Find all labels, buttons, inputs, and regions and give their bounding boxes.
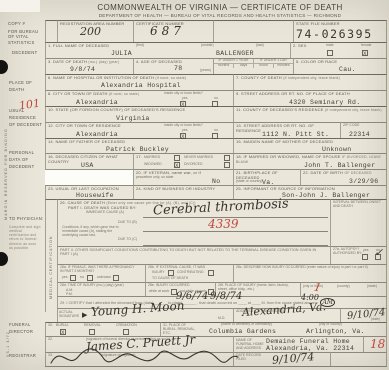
section-to-physician: TO PHYSICIAN:: [9, 216, 44, 221]
binder-hole-bottom: [0, 252, 8, 266]
county-of-death-label: 7. COUNTY OF DEATH: [236, 75, 282, 80]
marital-number: 17.: [136, 155, 142, 160]
injury-occurred-label: 28e. INJURY OCCURRED: [148, 284, 213, 288]
autopsy-yes-checkbox: [362, 254, 368, 260]
city-of-death-field: 8. CITY OR TOWN OF DEATH (if rural, so s…: [45, 90, 233, 106]
section-residence-1: USUAL: [9, 108, 24, 113]
how-injury-field: 28c. DESCRIBE HOW INJURY OCCURRED (enter…: [233, 264, 387, 282]
date-of-death-label: 3. DATE OF DEATH: [48, 59, 87, 64]
informant-field: 25. INFORMANT OR SOURCE OF INFORMATION S…: [233, 185, 387, 199]
due-to-c-label: DUE TO (C): [118, 238, 137, 242]
due-to-b-label: DUE TO (B): [118, 221, 137, 225]
injury-label: INJURY: [152, 271, 165, 275]
father-value: Patrick Buckley: [106, 146, 169, 153]
widowed-checkbox: X: [174, 162, 180, 168]
filebox-spacer: [45, 20, 57, 42]
physician-signature-field: ACTUAL SIGNATURE ▶ Young H. Moon M.D.: [57, 308, 233, 322]
county-residence-label: 11. COUNTY OF DECEASED'S RESIDENCE: [236, 107, 324, 112]
time-of-injury-label: 28d. TIME OF INJURY: [60, 283, 95, 287]
actual-signature-label: ACTUAL SIGNATURE: [59, 311, 83, 319]
registration-area-box: REGISTRATION AREA NUMBER 200: [57, 20, 133, 42]
funeral-home-field: NAME OF FUNERAL HOME AND ADDRESS Demaine…: [233, 336, 363, 352]
street-of-death-value: 4320 Seminary Rd.: [289, 99, 360, 106]
citizen-field: 16. DECEASED CITIZEN OF WHAT COUNTRY USA: [45, 153, 133, 169]
female-checkbox: X: [362, 50, 368, 56]
cause-a-handwritten: Cerebral thrombosis: [153, 196, 289, 218]
married-label: MARRIED: [144, 156, 160, 160]
disposition-field: 30. BURIAL X REMOVAL CREMATION: [45, 322, 160, 336]
first-name-value: JULIA: [111, 50, 132, 57]
pregnancy-unknown-checkbox: [113, 275, 119, 281]
binder-hole-top: [0, 60, 8, 74]
marital-status-field: 17. MARRIED NEVER MARRIED WIDOWED X DIVO…: [133, 153, 233, 169]
section-residence-2: RESIDENCE: [9, 115, 36, 120]
informant-label: 25. INFORMANT OR SOURCE OF INFORMATION: [236, 187, 384, 192]
form-bottom-line: [45, 366, 387, 367]
burial-city-sublabel: (city or county): [319, 323, 342, 327]
time-of-injury-field: 28d. TIME OF INJURY (mo.) (day) (year) A…: [57, 282, 145, 296]
male-sublabel: male: [326, 44, 334, 48]
conditions-note: Conditions, if any, which gave rise to i…: [62, 226, 120, 238]
cause-code-red: 4339: [208, 217, 239, 231]
citizen-value: USA: [81, 162, 94, 169]
female-sublabel: female: [361, 44, 372, 48]
physician-date-field: (date) 9/10/74: [340, 308, 387, 322]
city-residence-value: Alexandria: [76, 131, 118, 138]
veteran-field: 20. IF VETERAN, name war, or if peacetim…: [133, 169, 233, 185]
md-label: M.D.: [218, 317, 225, 321]
burial-label: BURIAL: [56, 324, 69, 328]
dob-sublabel: OF DECEASED: [344, 171, 371, 175]
cemetery-sublabel: (name of cemetery or crematory): [221, 323, 272, 327]
pregnancy-yes-label: yes: [62, 276, 67, 280]
bottom-blank-cell: [330, 352, 387, 366]
business-label: 24. KIND OF BUSINESS OR INDUSTRY: [136, 187, 231, 192]
registrar-signature-field: 33. (signature of registrar): [45, 352, 233, 366]
occupation-label: 23. USUAL OR LAST OCCUPATION: [48, 187, 131, 192]
filebox-blank: [213, 20, 293, 42]
dob-field: 22. DATE OF BIRTH OF DECEASED 3/29/96: [300, 169, 387, 185]
cause-of-death-field: 26. CAUSE OF DEATH (Enter only one cause…: [57, 199, 330, 246]
section-funeral-2: DIRECTOR: [9, 329, 33, 334]
to-cause-label: TO CAUSE OF DEATH: [152, 277, 188, 281]
hospital-field: 6. NAME OF HOSPITAL OR INSTITUTION OF DE…: [45, 74, 233, 90]
burial-city-value: Arlington, Va.: [306, 328, 365, 335]
age-value: 78: [174, 65, 182, 72]
certificate-subtitle: DEPARTMENT OF HEALTH — BUREAU OF VITAL R…: [60, 13, 380, 18]
business-field: 24. KIND OF BUSINESS OR INDUSTRY: [133, 185, 233, 199]
spouse-value: John T. Ballenger: [304, 162, 375, 169]
how-injury-sublabel: (enter nature of injury in part I or par…: [307, 265, 368, 269]
pregnancy-field: 28a. IF FEMALE, WAS THERE A PREGNANCY IN…: [57, 264, 145, 282]
street-residence-field: 13. STREET ADDRESS OR RT. NO. OF RESIDEN…: [233, 122, 340, 138]
section-place-of-death-1: PLACE OF: [9, 80, 32, 85]
physician-note: Complete and sign medical certification …: [9, 225, 41, 250]
funeral-sig-number: 32.: [48, 338, 53, 342]
date-of-death-sublabel: (mo.) (day) (year): [88, 60, 119, 64]
date-filed-field: DATE RECORD FILED 9/10/74: [233, 352, 330, 366]
certificate-number-value: 687: [150, 24, 211, 38]
cemetery-value: Columbia Gardens: [209, 328, 276, 335]
divorced-checkbox: [224, 162, 230, 168]
section-decedent: DECEDENT: [12, 50, 37, 55]
part2-label: PART II. OTHER SIGNIFICANT CONDITIONS CO…: [60, 248, 320, 256]
pregnancy-unknown-label: unknown: [97, 276, 111, 280]
divorced-label: DIVORCED: [184, 163, 202, 167]
funeral-home-name: Demaine Funeral Home: [266, 338, 350, 345]
minutes-col: minutes: [273, 64, 293, 68]
part2-field: PART II. OTHER SIGNIFICANT CONDITIONS CO…: [57, 246, 330, 264]
state-residence-value: Virginia: [116, 115, 150, 122]
autopsy-yes-label: yes: [363, 249, 368, 253]
zip-value: 22314: [349, 131, 370, 138]
county-of-death-field: 7. COUNTY OF DEATH (if independent city,…: [233, 74, 387, 90]
removal-checkbox: [89, 329, 95, 335]
certify-number: 29.: [60, 301, 65, 305]
age-sublabel: (years): [200, 69, 211, 73]
cremation-label: CREMATION: [116, 324, 137, 328]
hospital-value: Alexandria Hospital: [101, 82, 181, 89]
zip-field: ZIP CODE 22314: [340, 122, 387, 138]
sex-field: 2. SEX male female X: [290, 42, 387, 58]
while-at-work-label: while at work: [149, 290, 169, 294]
last-name-value: BALLENGER: [216, 50, 254, 57]
time-of-injury-sublabel: (mo.) (day) (year): [96, 283, 123, 287]
mother-field: 15. MAIDEN NAME OF MOTHER OF DECEASED Un…: [233, 138, 387, 153]
cause-line-b: [143, 231, 328, 232]
age-label: 4. AGE OF DECEASED: [136, 60, 211, 65]
county-of-death-sublabel: (if independent city, leave blank): [283, 76, 340, 80]
disposition-number: 30.: [48, 324, 53, 328]
informant-value: Son-John J. Ballenger: [282, 192, 370, 199]
city-residence-field: 12. CITY OR TOWN OF RESIDENCE Alexandria…: [45, 122, 233, 138]
binding-margin-text: MARGIN RESERVED FOR BINDING: [4, 140, 8, 220]
injury-county-sublabel: (county): [337, 285, 350, 289]
section-personal-2: DATA OF: [9, 157, 28, 162]
state-residence-field: 10. STATE (OR FOREIGN COUNTRY) OF DECEAS…: [45, 106, 233, 122]
section-registrar: REGISTRAR: [9, 353, 36, 358]
county-residence-sublabel: (if independent city, leave blank): [325, 108, 382, 112]
street-residence-value: 1112 N. Pitt St.: [262, 131, 329, 138]
last-sublabel: (last): [256, 44, 264, 48]
county-residence-field: 11. COUNTY OF DECEASED'S RESIDENCE (if i…: [233, 106, 387, 122]
section-residence-3: OF DECEDENT: [9, 122, 42, 127]
immediate-cause-label: IMMEDIATE CAUSE (A): [86, 211, 124, 215]
widowed-label: WIDOWED: [144, 163, 162, 167]
months-col: months: [214, 64, 233, 68]
mother-value: Unknown: [322, 146, 351, 153]
age-field: 4. AGE OF DECEASED 78 (years): [133, 58, 213, 74]
interval-label: INTERVAL BETWEEN ONSET AND DEATH: [333, 201, 384, 209]
funeral-code-cell: 18: [363, 336, 387, 352]
pregnancy-no-checkbox: [87, 275, 93, 281]
color-race-label: 5. COLOR OR RACE: [296, 60, 384, 65]
city-of-death-sublabel: (if rural, so state): [109, 92, 139, 96]
first-sublabel: (first): [136, 44, 144, 48]
full-name-field: 1. FULL NAME OF DECEASED (first) (middle…: [45, 42, 290, 58]
signature-arrow-icon: ▶: [82, 311, 87, 319]
funeral-red-code: 18: [370, 337, 385, 351]
mother-label: 15. MAIDEN NAME OF MOTHER OF DECEASED: [236, 140, 384, 145]
medical-certification-strip: [45, 199, 57, 312]
male-checkbox: [327, 50, 333, 56]
removal-label: REMOVAL: [84, 324, 101, 328]
never-married-label: NEVER MARRIED: [184, 156, 213, 160]
full-name-label: 1. FULL NAME OF DECEASED: [48, 44, 288, 49]
redacted-field: [45, 169, 133, 185]
pregnancy-sublabel: IN PAST 3 MONTHS?: [60, 270, 143, 274]
autopsy-field: 27a. AUTOPSY? AUTHORIZED BY: yes no ✓: [330, 246, 387, 264]
section-personal-1: PERSONAL: [9, 150, 34, 155]
days-col: days: [233, 64, 253, 68]
pregnancy-yes-checkbox: [70, 275, 76, 281]
physician-address-field: ADDRESS (CITY AND STATE) Alexandria, Va.: [233, 308, 340, 322]
hospital-label: 6. NAME OF HOSPITAL OR INSTITUTION OF DE…: [48, 75, 154, 80]
zip-label: ZIP CODE: [343, 124, 384, 128]
injury-state-sublabel: (state): [367, 285, 377, 289]
never-married-checkbox: [224, 155, 230, 161]
scan-corner-highlight: [0, 0, 40, 12]
external-cause-field: 28b. IF EXTERNAL CAUSE, IT WAS INJURY CO…: [145, 264, 233, 282]
dob-value: 3/29/96: [349, 178, 378, 185]
attended-to-date: 9/8/74: [210, 291, 242, 302]
hospital-sublabel: (if none, so state): [155, 76, 186, 80]
dob-label: 22. DATE OF BIRTH: [303, 170, 343, 175]
cremation-checkbox: [123, 329, 129, 335]
color-race-field: 5. COLOR OR RACE Cau.: [293, 58, 387, 74]
date-of-death-value: 9/8/74: [70, 66, 95, 73]
father-field: 14. NAME OF FATHER OF DECEASED Patrick B…: [45, 138, 233, 153]
state-file-value: 74-026395: [296, 27, 384, 41]
how-injury-label: 28c. DESCRIBE HOW INJURY OCCURRED: [236, 265, 306, 269]
hours-col: hours: [253, 64, 273, 68]
certificate-number-box: CERTIFICATE NUMBER 687: [133, 20, 213, 42]
bureau-label: FOR BUREAU OF VITAL STATISTICS: [8, 29, 44, 45]
contributing-label: CONTRIBUTING: [177, 271, 204, 275]
veteran-value: No: [212, 178, 220, 185]
section-funeral-1: FUNERAL: [9, 322, 31, 327]
color-race-value: Cau.: [339, 66, 356, 73]
occupation-field: 23. USUAL OR LAST OCCUPATION Housewife: [45, 185, 133, 199]
state-file-box: STATE FILE NUMBER 74-026395: [293, 20, 387, 42]
street-of-death-label: 9. STREET ADDRESS OR RT. NO. OF PLACE OF…: [236, 92, 384, 97]
occupation-value: Housewife: [76, 192, 114, 199]
contributing-checkbox: [208, 270, 214, 276]
date-filed-value: 9/10/74: [272, 350, 315, 367]
birthplace-field: 21. BIRTHPLACE OF DECEASED (state or cou…: [233, 169, 300, 185]
interval-field: INTERVAL BETWEEN ONSET AND DEATH: [330, 199, 387, 246]
street-of-death-field: 9. STREET ADDRESS OR RT. NO. OF PLACE OF…: [233, 90, 387, 106]
middle-sublabel: (middle): [201, 44, 214, 48]
father-label: 14. NAME OF FATHER OF DECEASED: [48, 140, 231, 145]
certificate-title: COMMONWEALTH OF VIRGINIA — CERTIFICATE O…: [60, 3, 380, 12]
pregnancy-no-label: no: [80, 276, 84, 280]
date-of-death-field: 3. DATE OF DEATH (mo.) (day) (year) 9/8/…: [45, 58, 133, 74]
section-personal-3: DECEDENT: [9, 164, 34, 169]
city-of-death-label: 8. CITY OR TOWN OF DEATH: [48, 91, 108, 96]
spouse-field: 18. IF MARRIED OR WIDOWED, NAME OF SPOUS…: [233, 153, 387, 169]
state-residence-label: 10. STATE (OR FOREIGN COUNTRY) OF DECEAS…: [48, 108, 231, 113]
married-checkbox: [174, 155, 180, 161]
autopsy-no-checkmark: ✓: [374, 246, 383, 259]
burial-checkbox: X: [60, 329, 66, 335]
death-certificate-scan: MARGIN RESERVED FOR BINDING VS-1 4/72 CO…: [0, 0, 389, 370]
date-filed-label: DATE RECORD FILED: [236, 354, 266, 362]
city-of-death-value: Alexandria: [76, 99, 118, 106]
if-under-one-field: IF UNDER 1 YEAR IF UNDER 1 DAY months da…: [213, 58, 293, 74]
section-place-of-death-2: DEATH: [9, 87, 24, 92]
injury-checkbox: [168, 270, 174, 276]
spouse-label: 18. IF MARRIED OR WIDOWED, NAME OF SPOUS…: [236, 154, 341, 159]
copy-label: COPY #: [8, 21, 25, 26]
